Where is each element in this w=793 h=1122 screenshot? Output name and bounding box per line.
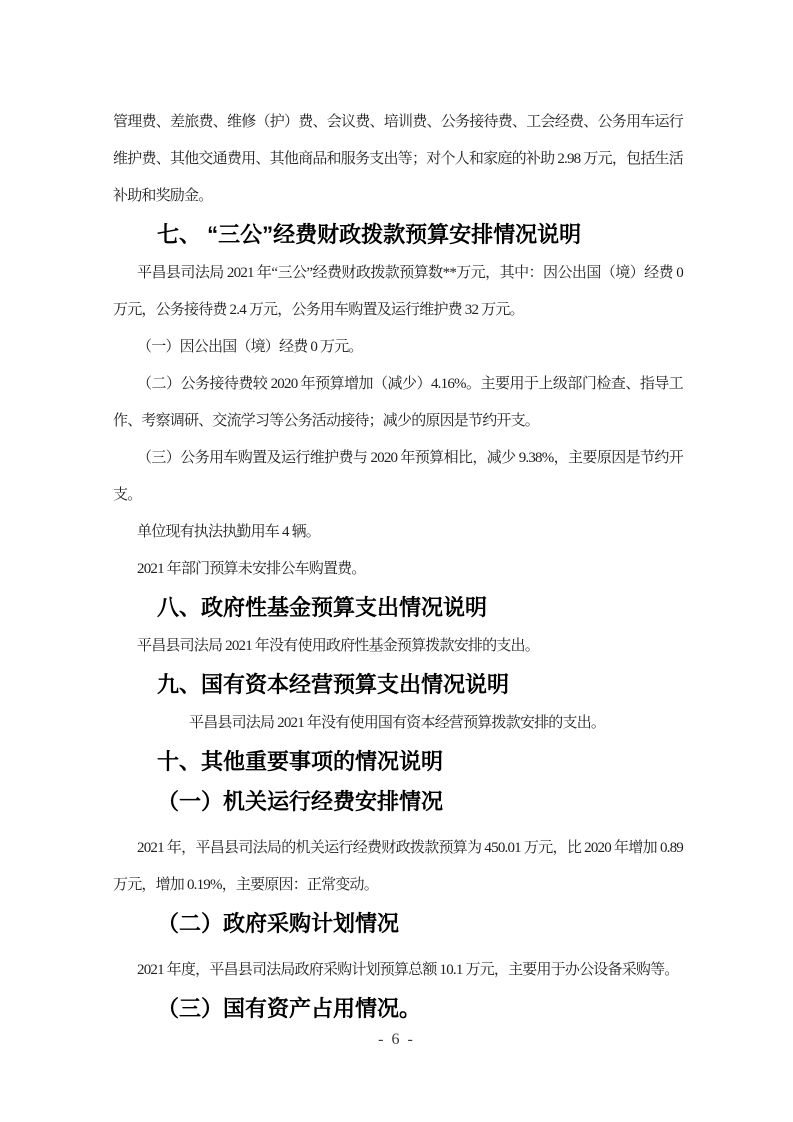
heading-section-7-three-public-funds: 七、 “三公”经费财政拨款预算安排情况说明 <box>113 215 683 255</box>
heading-section-8-government-fund-budget: 八、政府性基金预算支出情况说明 <box>113 588 683 628</box>
paragraph-item-3-vehicle-expense: （三）公务用车购置及运行维护费与 2020 年预算相比，减少 9.38%，主要原… <box>113 440 683 514</box>
heading-section-9-state-capital-budget: 九、国有资本经营预算支出情况说明 <box>113 665 683 705</box>
paragraph-no-vehicle-purchase: 2021 年部门预算未安排公车购置费。 <box>113 551 683 588</box>
subheading-1-agency-operating-funds: （一）机关运行经费安排情况 <box>113 782 683 822</box>
document-page: 管理费、差旅费、维修（护）费、会议费、培训费、公务接待费、工会经费、公务用车运行… <box>0 0 793 1122</box>
document-body: 管理费、差旅费、维修（护）费、会议费、培训费、公务接待费、工会经费、公务用车运行… <box>113 104 683 1037</box>
heading-section-10-other-important-matters: 十、其他重要事项的情况说明 <box>113 742 683 782</box>
paragraph-government-fund-statement: 平昌县司法局 2021 年没有使用政府性基金预算拨款安排的支出。 <box>113 628 683 665</box>
paragraph-government-procurement: 2021 年度，平昌县司法局政府采购计划预算总额 10.1 万元，主要用于办公设… <box>113 952 683 989</box>
paragraph-item-2-official-reception: （二）公务接待费较 2020 年预算增加（减少）4.16%。主要用于上级部门检查… <box>113 366 683 440</box>
subheading-3-state-asset-occupancy: （三）国有资产占用情况。 <box>113 989 683 1029</box>
paragraph-law-enforcement-vehicles: 单位现有执法执勤用车 4 辆。 <box>113 514 683 551</box>
paragraph-agency-operating-funds: 2021 年，平昌县司法局的机关运行经费财政拨款预算为 450.01 万元，比 … <box>113 830 683 904</box>
paragraph-continuation-expense-items: 管理费、差旅费、维修（护）费、会议费、培训费、公务接待费、工会经费、公务用车运行… <box>113 104 683 215</box>
paragraph-item-1-overseas-trips: （一）因公出国（境）经费 0 万元。 <box>113 329 683 366</box>
subheading-2-government-procurement-plan: （二）政府采购计划情况 <box>113 904 683 944</box>
page-number: - 6 - <box>0 1028 793 1052</box>
paragraph-three-public-budget-overview: 平昌县司法局 2021 年“三公”经费财政拨款预算数**万元，其中：因公出国（境… <box>113 255 683 329</box>
paragraph-state-capital-statement: 平昌县司法局 2021 年没有使用国有资本经营预算拨款安排的支出。 <box>113 705 683 742</box>
